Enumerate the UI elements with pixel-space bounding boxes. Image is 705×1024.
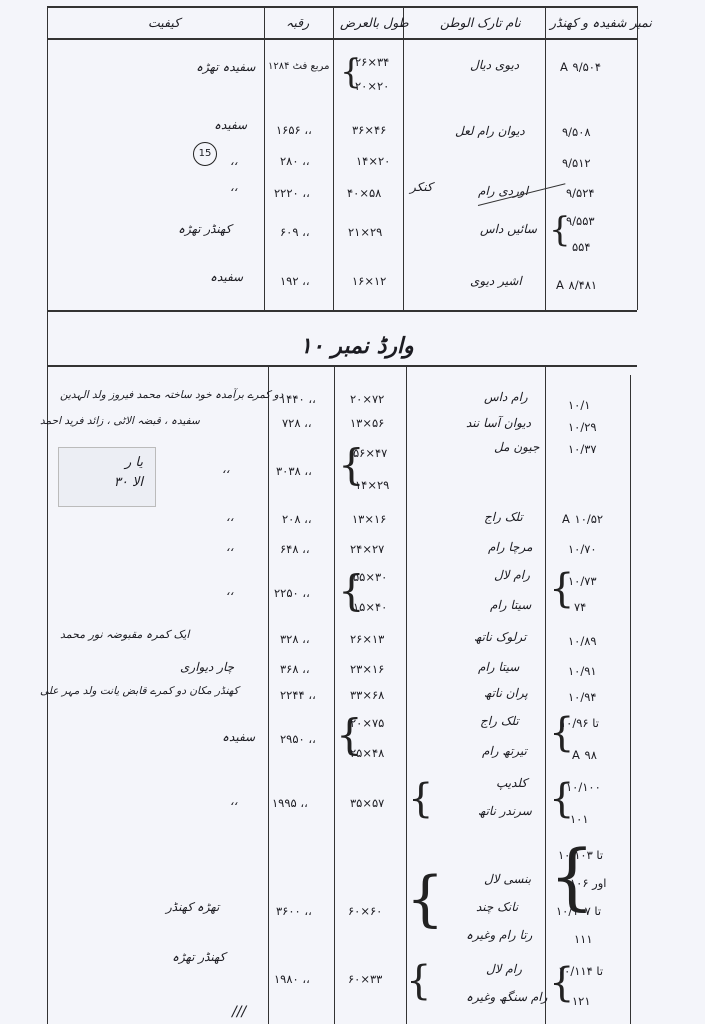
- dimensions: ۱۴×۲۹: [355, 478, 389, 492]
- plot-no: ۱۱۱: [574, 932, 593, 946]
- right-border-top: [637, 6, 638, 310]
- col-divider-remarks-area: [268, 365, 269, 1024]
- dimensions: ۱۳×۱۶: [352, 512, 386, 526]
- plot-no: ۹/۵۰۸: [562, 125, 591, 139]
- remarks: کھنڈر مکان دو کمرے قابض یانت ولد مہر علی: [40, 684, 239, 698]
- remarks: کھنڈر تھڑہ: [178, 222, 231, 236]
- name: رتا رام وغیرہ: [466, 928, 532, 942]
- dimensions: ۴۰×۵۸: [347, 186, 381, 200]
- plot-no: A ۹۸: [572, 748, 597, 762]
- name: پران ناتھ: [484, 686, 528, 700]
- remarks: ،،: [230, 794, 238, 808]
- plot-no: تا ۱۰/۹۶: [560, 716, 599, 730]
- remarks: سفیدہ: [222, 730, 255, 744]
- dimensions: ۲۵×۴۸: [350, 746, 384, 760]
- plot-no: ۹/۵۲۴: [566, 186, 595, 200]
- dimensions: ۲۰×۷۵: [350, 716, 384, 730]
- name: اشیر دیوی: [470, 274, 522, 288]
- margin-note: کنکر: [410, 180, 433, 194]
- stamp-line-1: یا ر: [125, 454, 143, 472]
- name: رام لال: [486, 962, 522, 976]
- name: جیون مل: [494, 440, 539, 454]
- dimensions: ۲۶×۳۴: [355, 55, 389, 69]
- name: دیوان آسا نند: [466, 416, 531, 430]
- remarks: ،،: [230, 154, 238, 168]
- plot-no: ۱۰۱: [570, 812, 589, 826]
- name: نانک چند: [476, 900, 518, 914]
- remarks: سفیدہ ، قبضہ الاٹی ، زائد فرید احمد: [40, 414, 200, 428]
- area: ۳۶۰۰ ،،: [276, 904, 312, 918]
- ward-title: وارڈ نمبر ۱۰: [300, 334, 414, 359]
- plot-no: ۱۰/۹۴: [568, 690, 597, 704]
- dimensions: ۲۳×۱۶: [350, 662, 384, 676]
- plot-no: تا ۱۰/۱۰۳: [558, 848, 603, 862]
- area: ۱۶۵۶ ،،: [276, 123, 312, 137]
- col-divider-area-dims: [333, 6, 334, 310]
- ward-title-bottom-border: [47, 365, 637, 367]
- area: ۳۶۸ ،،: [280, 662, 310, 676]
- dimensions: ۵۶×۴۷: [353, 446, 387, 460]
- remarks: سفیدہ: [214, 118, 247, 132]
- dimensions: ۶۰×۳۳: [348, 972, 382, 986]
- name: مرچا رام: [488, 540, 533, 554]
- area: ۱۹۹۵ ،،: [272, 796, 308, 810]
- dimensions: ۱۵×۴۰: [353, 600, 387, 614]
- dimensions: ۳۵×۵۷: [350, 796, 384, 810]
- col-divider-name-plot: [545, 6, 546, 310]
- dimensions: ۵۵×۳۰: [353, 570, 387, 584]
- area: ۲۲۵۰ ،،: [274, 586, 310, 600]
- col-divider-name-plot: [545, 365, 546, 1024]
- right-border-bottom: [630, 375, 631, 1024]
- area: ۱۴۴۰ ،،: [280, 392, 316, 406]
- header-plot-no: نمبر شفیدہ و کھنڈر: [550, 16, 652, 30]
- area: ۷۲۸ ،،: [282, 416, 312, 430]
- remarks: ،،: [222, 462, 230, 476]
- name: رام داس: [484, 390, 528, 404]
- area: ۱۹۸۰ ،،: [274, 972, 310, 986]
- col-divider-remarks-area: [264, 6, 265, 310]
- plot-no: ۹/۵۵۳: [566, 214, 595, 228]
- remarks: ،،: [226, 540, 234, 554]
- area: ۶۴۸ ،،: [280, 542, 310, 556]
- scanned-register-page: کیفیت رقبہ طول بالعرض نام تارک الوطن نمب…: [0, 0, 705, 1024]
- col-divider-area-dims: [334, 365, 335, 1024]
- plot-no: ۱۰/۷۳: [568, 574, 597, 588]
- area: ۳۰۳۸ ،،: [276, 464, 312, 478]
- bracket-names: {: [408, 776, 433, 822]
- name: سائیں داس: [480, 222, 537, 236]
- header-area: رقبہ: [286, 16, 309, 30]
- remarks: کھنڈر تھڑہ: [172, 950, 225, 964]
- area: ۳۲۸ ،،: [280, 632, 310, 646]
- plot-no: ۵۵۴: [572, 240, 591, 254]
- dimensions: ۳۶×۴۶: [352, 123, 386, 137]
- name: ترلوک ناتھ: [474, 630, 526, 644]
- plot-no: تا ۱۰/۱۰۷: [556, 904, 601, 918]
- remarks: سفیدہ تھڑہ: [196, 60, 255, 74]
- remarks: ،،: [226, 584, 234, 598]
- dimensions: ۱۴×۲۰: [356, 154, 390, 168]
- plot-no: اور ۱۰۶: [570, 876, 607, 890]
- area: ۶۰۹ ،،: [280, 225, 310, 239]
- name: سرندر ناتھ: [478, 804, 532, 818]
- remarks: چار دیواری: [180, 660, 234, 674]
- dimensions: ۲۴×۲۷: [350, 542, 384, 556]
- circled-page-number: 15: [193, 142, 217, 166]
- area: ۲۹۵۰ ،،: [280, 732, 316, 746]
- name: رام سنگھ وغیرہ: [466, 990, 547, 1004]
- name: سیتا رام: [490, 598, 531, 612]
- name: تلک راج: [484, 510, 523, 524]
- header-remarks: کیفیت: [148, 16, 180, 30]
- footer-tally-marks: ///: [232, 1004, 246, 1020]
- header-dimensions: طول بالعرض: [340, 16, 409, 30]
- name: تیرتھ رام: [482, 744, 527, 758]
- dimensions: ۱۳×۵۶: [350, 416, 384, 430]
- name: سیتا رام: [478, 660, 519, 674]
- dimensions: ۲۶×۱۳: [350, 632, 384, 646]
- plot-no: ۱۰/۳۷: [568, 442, 597, 456]
- header-name: نام تارک الوطن: [440, 16, 521, 30]
- dimensions: ۶۰×۶۰: [348, 904, 382, 918]
- area: ۲۸۰ ،،: [280, 154, 310, 168]
- plot-no: ۱۲۱: [572, 994, 591, 1008]
- area: ۲۲۴۴ ،،: [280, 688, 316, 702]
- plot-no: A ۱۰/۵۲: [562, 512, 603, 526]
- dimensions: ۲۱×۲۹: [348, 225, 382, 239]
- dimensions: ۳۳×۶۸: [350, 688, 384, 702]
- remarks: ،،: [230, 180, 238, 194]
- bracket-plot: {: [549, 566, 574, 612]
- area: ۱۲۸۴ مربع فٹ: [268, 60, 329, 74]
- bracket-names: {: [406, 958, 431, 1004]
- dimensions: ۱۶×۱۲: [352, 274, 386, 288]
- dimensions: ۲۰×۷۲: [350, 392, 384, 406]
- name: اوردی رام: [478, 184, 528, 198]
- plot-no: ۷۴: [574, 600, 586, 614]
- plot-no: ۱۰/۱۰۰: [566, 780, 601, 794]
- dimensions: ۲۰×۲۰: [355, 79, 389, 93]
- pasted-stamp: یا ر الا ۳۰: [58, 447, 156, 507]
- name: تلک راج: [480, 714, 519, 728]
- name: دیوان رام لعل: [455, 124, 525, 138]
- plot-no: ۱۰/۱: [568, 398, 590, 412]
- plot-no: تا ۱۰/۱۱۴: [558, 964, 603, 978]
- plot-no: A ۸/۴۸۱: [556, 278, 597, 292]
- remarks: ایک کمرہ مقبوضہ نور محمد: [60, 628, 190, 642]
- area: ۲۰۸ ،،: [282, 512, 312, 526]
- name: دیوی دیال: [470, 58, 519, 72]
- stamp-line-2: الا ۳۰: [114, 474, 143, 492]
- name: بنسی لال: [484, 872, 531, 886]
- name: کلدیپ: [496, 776, 527, 790]
- bracket-names: {: [406, 864, 444, 934]
- plot-no: ۱۰/۲۹: [568, 420, 597, 434]
- col-divider-dims-name: [403, 6, 404, 310]
- remarks: ،،: [226, 510, 234, 524]
- area: ۱۹۲ ،،: [280, 274, 310, 288]
- plot-no: ۱۰/۹۱: [568, 664, 597, 678]
- plot-no: ۱۰/۸۹: [568, 634, 597, 648]
- plot-no: A ۹/۵۰۴: [560, 60, 601, 74]
- left-border: [47, 6, 48, 1024]
- plot-no: ۱۰/۷۰: [568, 542, 597, 556]
- name: رام لال: [494, 568, 530, 582]
- area: ۲۲۲۰ ،،: [274, 186, 310, 200]
- remarks: تھڑہ کھنڈر: [166, 900, 219, 914]
- table-top-border: [47, 6, 637, 8]
- header-bottom-border: [47, 38, 637, 40]
- remarks: دو کمرے برآمدہ خود ساختہ محمد فیروز ولد …: [60, 388, 283, 402]
- remarks: سفیدہ: [210, 270, 243, 284]
- plot-no: ۹/۵۱۲: [562, 156, 591, 170]
- section1-bottom-border: [47, 310, 637, 312]
